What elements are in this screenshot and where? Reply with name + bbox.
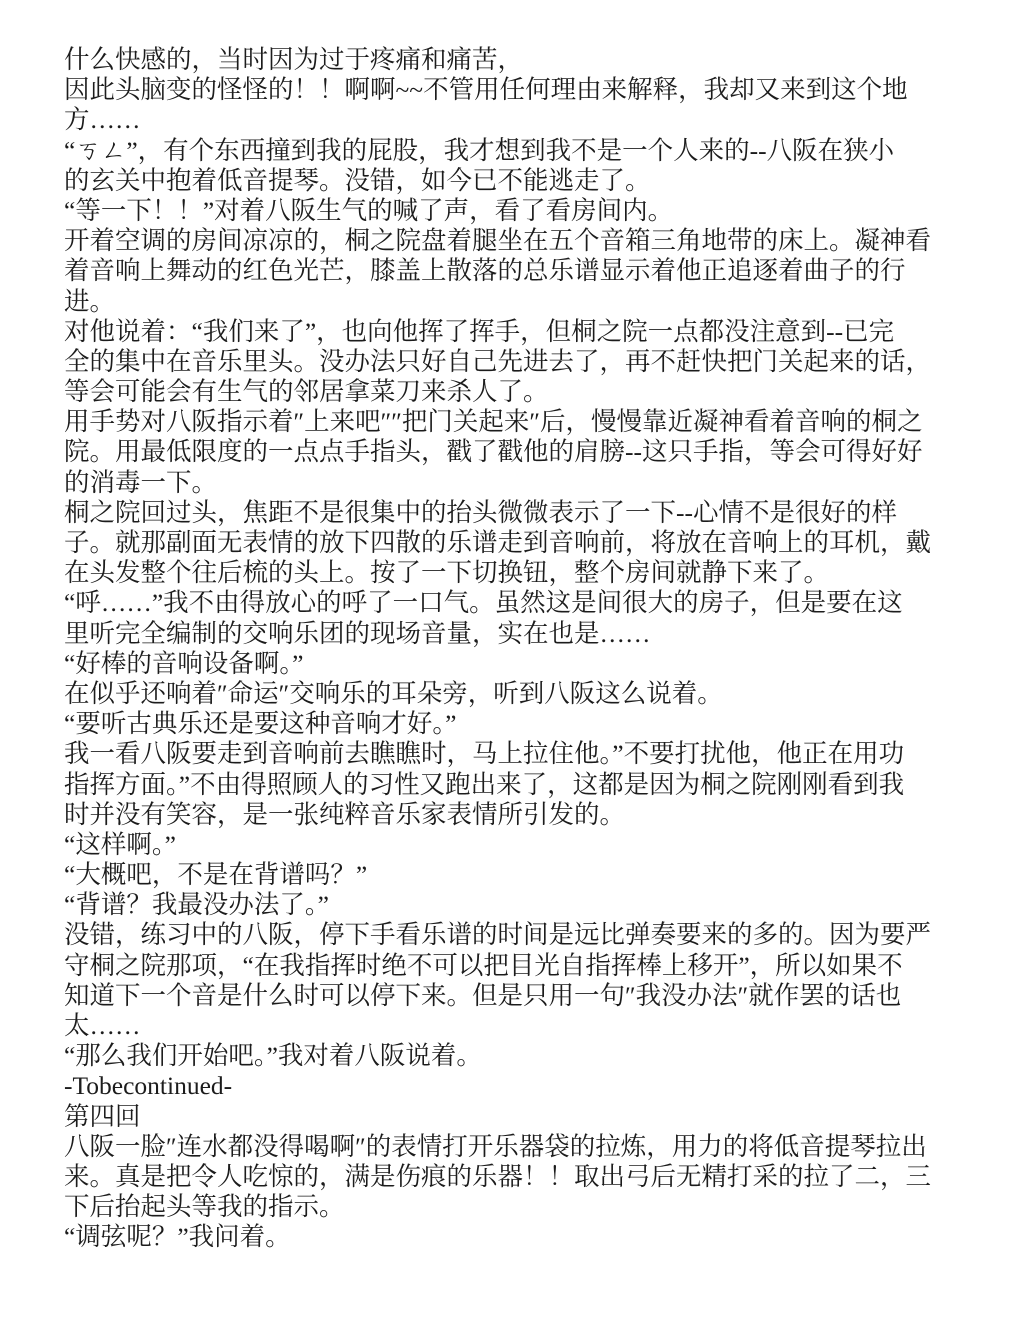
text-line: 时并没有笑容，是一张纯粹音乐家表情所引发的。 [64, 800, 979, 830]
novel-page: 什么快感的，当时因为过于疼痛和痛苦，因此头脑变的怪怪的！！啊啊~~不管用任何理由… [0, 0, 1021, 1321]
text-line: 第四回 [64, 1102, 979, 1132]
text-line: 进。 [64, 287, 979, 317]
text-line: 着音响上舞动的红色光芒，膝盖上散落的总乐谱显示着他正追逐着曲子的行 [64, 256, 979, 286]
text-line: 下后抬起头等我的指示。 [64, 1192, 979, 1222]
text-line: “ㄎㄥ”，有个东西撞到我的屁股，我才想到我不是一个人来的--八阪在狭小 [64, 136, 979, 166]
text-line: 我一看八阪要走到音响前去瞧瞧时，马上拉住他。”不要打扰他，他正在用功 [64, 739, 979, 769]
text-line: 指挥方面。”不由得照顾人的习性又跑出来了，这都是因为桐之院刚刚看到我 [64, 770, 979, 800]
text-line: 的消毒一下。 [64, 468, 979, 498]
text-line: “大概吧，不是在背谱吗？” [64, 860, 979, 890]
text-line: 在头发整个往后梳的头上。按了一下切换钮，整个房间就静下来了。 [64, 558, 979, 588]
text-line: 来。真是把令人吃惊的，满是伤痕的乐器！！取出弓后无精打采的拉了二，三 [64, 1162, 979, 1192]
text-line: “呼……”我不由得放心的呼了一口气。虽然这是间很大的房子，但是要在这 [64, 588, 979, 618]
text-line: 因此头脑变的怪怪的！！啊啊~~不管用任何理由来解释，我却又来到这个地 [64, 75, 979, 105]
text-line: “这样啊。” [64, 830, 979, 860]
text-line: 里听完全编制的交响乐团的现场音量，实在也是…… [64, 619, 979, 649]
text-line: “要听古典乐还是要这种音响才好。” [64, 709, 979, 739]
text-line: 用手势对八阪指示着″上来吧″″把门关起来″后，慢慢靠近凝神看着音响的桐之 [64, 407, 979, 437]
text-line: 院。用最低限度的一点点手指头，戳了戳他的肩膀--这只手指，等会可得好好 [64, 437, 979, 467]
text-line: 的玄关中抱着低音提琴。没错，如今已不能逃走了。 [64, 166, 979, 196]
text-line: 全的集中在音乐里头。没办法只好自己先进去了，再不赶快把门关起来的话， [64, 347, 979, 377]
text-line: 太…… [64, 1011, 979, 1041]
text-line: “等一下！！”对着八阪生气的喊了声，看了看房间内。 [64, 196, 979, 226]
text-line: 什么快感的，当时因为过于疼痛和痛苦， [64, 45, 979, 75]
text-line: 在似乎还响着″命运″交响乐的耳朵旁，听到八阪这么说着。 [64, 679, 979, 709]
text-line: “调弦呢？”我问着。 [64, 1222, 979, 1252]
text-block: 什么快感的，当时因为过于疼痛和痛苦，因此头脑变的怪怪的！！啊啊~~不管用任何理由… [64, 45, 979, 1253]
text-line: “那么我们开始吧。”我对着八阪说着。 [64, 1041, 979, 1071]
text-line: 对他说着：“我们来了”，也向他挥了挥手，但桐之院一点都没注意到--已完 [64, 317, 979, 347]
text-line: 知道下一个音是什么时可以停下来。但是只用一句″我没办法″就作罢的话也 [64, 981, 979, 1011]
text-line: 守桐之院那项，“在我指挥时绝不可以把目光自指挥棒上移开”，所以如果不 [64, 951, 979, 981]
text-line: “背谱？我最没办法了。” [64, 890, 979, 920]
text-line: 子。就那副面无表情的放下四散的乐谱走到音响前，将放在音响上的耳机，戴 [64, 528, 979, 558]
text-line: 没错，练习中的八阪，停下手看乐谱的时间是远比弹奏要来的多的。因为要严 [64, 920, 979, 950]
text-line: 等会可能会有生气的邻居拿菜刀来杀人了。 [64, 377, 979, 407]
text-line: -Tobecontinued- [64, 1071, 979, 1101]
text-line: 八阪一脸″连水都没得喝啊″的表情打开乐器袋的拉炼，用力的将低音提琴拉出 [64, 1132, 979, 1162]
text-line: 方…… [64, 105, 979, 135]
text-line: 开着空调的房间凉凉的，桐之院盘着腿坐在五个音箱三角地带的床上。凝神看 [64, 226, 979, 256]
text-line: “好棒的音响设备啊。” [64, 649, 979, 679]
text-line: 桐之院回过头，焦距不是很集中的抬头微微表示了一下--心情不是很好的样 [64, 498, 979, 528]
